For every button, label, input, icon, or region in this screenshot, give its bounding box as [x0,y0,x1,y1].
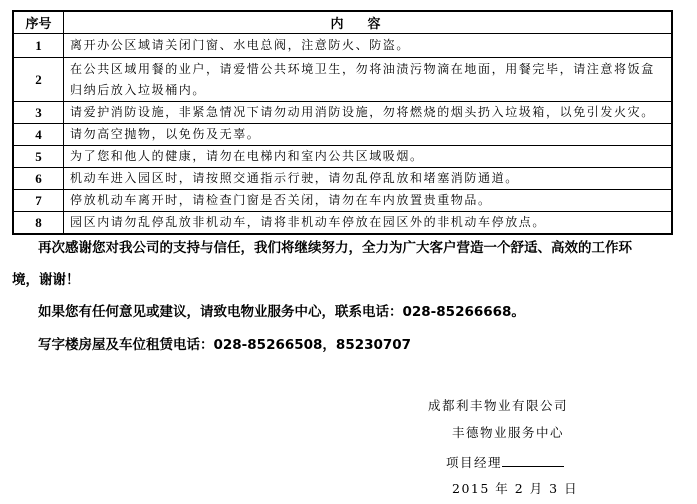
table-header-row: 序号 内容 [13,11,672,34]
table-row: 5 为了您和他人的健康，请勿在电梯内和室内公共区域吸烟。 [13,146,672,168]
row-content: 请勿高空抛物，以免伤及无辜。 [64,124,673,146]
row-number: 1 [13,34,64,58]
row-number: 6 [13,168,64,190]
table-row: 1 离开办公区域请关闭门窗、水电总阀，注意防火、防盗。 [13,34,672,58]
document-date: 2015 年 2 月 3 日 [452,479,578,497]
row-number: 7 [13,190,64,212]
row-content: 园区内请勿乱停乱放非机动车，请将非机动车停放在园区外的非机动车停放点。 [64,212,673,235]
table-row: 8 园区内请勿乱停乱放非机动车，请将非机动车停放在园区外的非机动车停放点。 [13,212,672,235]
table-row: 6 机动车进入园区时，请按照交通指示行驶，请勿乱停乱放和堵塞消防通道。 [13,168,672,190]
manager-label: 项目经理 [446,455,502,470]
signature-blank [502,454,564,467]
row-number: 8 [13,212,64,235]
row-content: 为了您和他人的健康，请勿在电梯内和室内公共区域吸烟。 [64,146,673,168]
header-number: 序号 [13,11,64,34]
row-content: 机动车进入园区时，请按照交通指示行驶，请勿乱停乱放和堵塞消防通道。 [64,168,673,190]
row-number: 5 [13,146,64,168]
row-content: 停放机动车离开时，请检查门窗是否关闭，请勿在车内放置贵重物品。 [64,190,673,212]
row-content: 离开办公区域请关闭门窗、水电总阀，注意防火、防盗。 [64,34,673,58]
row-number: 3 [13,102,64,124]
leasing-paragraph: 写字楼房屋及车位租赁电话：028-85266508，85230707 [38,333,411,353]
row-content: 在公共区域用餐的业户，请爱惜公共环境卫生，勿将油渍污物滴在地面，用餐完毕，请注意… [64,58,673,102]
row-number: 4 [13,124,64,146]
manager-signature-line: 项目经理 [446,453,564,471]
row-content: 请爱护消防设施，非紧急情况下请勿动用消防设施，勿将燃烧的烟头扔入垃圾箱，以免引发… [64,102,673,124]
table-row: 3 请爱护消防设施，非紧急情况下请勿动用消防设施，勿将燃烧的烟头扔入垃圾箱，以免… [13,102,672,124]
header-content: 内容 [64,11,673,34]
table-row: 4 请勿高空抛物，以免伤及无辜。 [13,124,672,146]
rules-table: 序号 内容 1 离开办公区域请关闭门窗、水电总阀，注意防火、防盗。 2 在公共区… [12,10,673,235]
contact-paragraph: 如果您有任何意见或建议，请致电物业服务中心，联系电话：028-85266668。 [38,300,525,320]
company-name: 成都利丰物业有限公司 [428,396,568,414]
table-row: 2 在公共区域用餐的业户，请爱惜公共环境卫生，勿将油渍污物滴在地面，用餐完毕，请… [13,58,672,102]
row-number: 2 [13,58,64,102]
thanks-paragraph-line2: 境，谢谢！ [12,268,80,288]
thanks-paragraph-line1: 再次感谢您对我公司的支持与信任，我们将继续努力，全力为广大客户营造一个舒适、高效… [38,236,632,256]
table-row: 7 停放机动车离开时，请检查门窗是否关闭，请勿在车内放置贵重物品。 [13,190,672,212]
service-center-name: 丰德物业服务中心 [452,423,564,441]
